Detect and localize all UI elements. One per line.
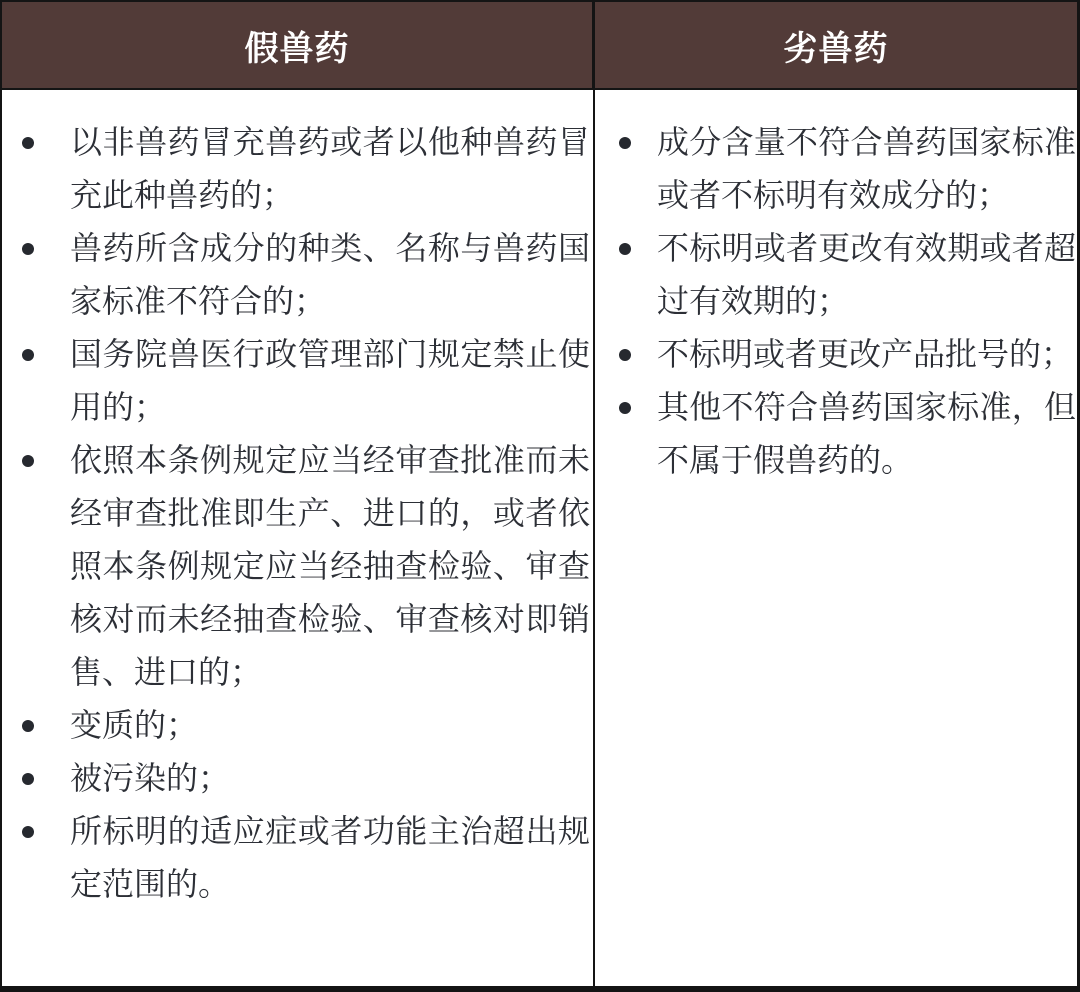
list-item-text: 不标明或者更改产品批号的； [657, 336, 1073, 372]
bullet-icon [619, 402, 631, 414]
list-item: 其他不符合兽药国家标准，但不属于假兽药的。 [595, 381, 1077, 487]
inferior-drugs-list: 成分含量不符合兽药国家标准或者不标明有效成分的； 不标明或者更改有效期或者超过有… [595, 116, 1077, 487]
bullet-icon [22, 349, 34, 361]
bullet-icon [619, 243, 631, 255]
fake-drugs-list: 以非兽药冒充兽药或者以他种兽药冒充此种兽药的； 兽药所含成分的种类、名称与兽药国… [2, 116, 593, 911]
bullet-icon [22, 720, 34, 732]
bullet-icon [22, 243, 34, 255]
bullet-icon [22, 773, 34, 785]
bullet-icon [619, 137, 631, 149]
list-item: 不标明或者更改产品批号的； [595, 328, 1077, 381]
list-item-text: 变质的； [70, 707, 198, 743]
list-item-text: 所标明的适应症或者功能主治超出规定范围的。 [70, 813, 590, 902]
list-item-text: 不标明或者更改有效期或者超过有效期的； [657, 230, 1076, 319]
list-item-text: 成分含量不符合兽药国家标准或者不标明有效成分的； [657, 124, 1076, 213]
cell-fake-drugs: 以非兽药冒充兽药或者以他种兽药冒充此种兽药的； 兽药所含成分的种类、名称与兽药国… [2, 90, 595, 986]
bullet-icon [22, 826, 34, 838]
bullet-icon [22, 137, 34, 149]
list-item: 成分含量不符合兽药国家标准或者不标明有效成分的； [595, 116, 1077, 222]
list-item: 以非兽药冒充兽药或者以他种兽药冒充此种兽药的； [2, 116, 593, 222]
veterinary-drug-comparison-table: 假兽药 劣兽药 以非兽药冒充兽药或者以他种兽药冒充此种兽药的； 兽药所含成分的种… [0, 0, 1080, 992]
header-cell-inferior-drugs: 劣兽药 [595, 2, 1077, 88]
list-item-text: 其他不符合兽药国家标准，但不属于假兽药的。 [657, 389, 1076, 478]
cell-inferior-drugs: 成分含量不符合兽药国家标准或者不标明有效成分的； 不标明或者更改有效期或者超过有… [595, 90, 1077, 986]
bullet-icon [619, 349, 631, 361]
list-item: 国务院兽医行政管理部门规定禁止使用的； [2, 328, 593, 434]
list-item-text: 国务院兽医行政管理部门规定禁止使用的； [70, 336, 590, 425]
list-item: 被污染的； [2, 752, 593, 805]
list-item-text: 兽药所含成分的种类、名称与兽药国家标准不符合的； [70, 230, 590, 319]
list-item-text: 以非兽药冒充兽药或者以他种兽药冒充此种兽药的； [70, 124, 590, 213]
list-item: 依照本条例规定应当经审查批准而未经审查批准即生产、进口的，或者依照本条例规定应当… [2, 434, 593, 699]
bullet-icon [22, 455, 34, 467]
list-item: 兽药所含成分的种类、名称与兽药国家标准不符合的； [2, 222, 593, 328]
list-item: 变质的； [2, 699, 593, 752]
list-item-text: 被污染的； [70, 760, 230, 796]
header-cell-fake-drugs: 假兽药 [2, 2, 595, 88]
table-header-row: 假兽药 劣兽药 [2, 2, 1077, 90]
list-item: 不标明或者更改有效期或者超过有效期的； [595, 222, 1077, 328]
list-item: 所标明的适应症或者功能主治超出规定范围的。 [2, 805, 593, 911]
list-item-text: 依照本条例规定应当经审查批准而未经审查批准即生产、进口的，或者依照本条例规定应当… [70, 442, 590, 690]
table-body-row: 以非兽药冒充兽药或者以他种兽药冒充此种兽药的； 兽药所含成分的种类、名称与兽药国… [2, 90, 1077, 986]
